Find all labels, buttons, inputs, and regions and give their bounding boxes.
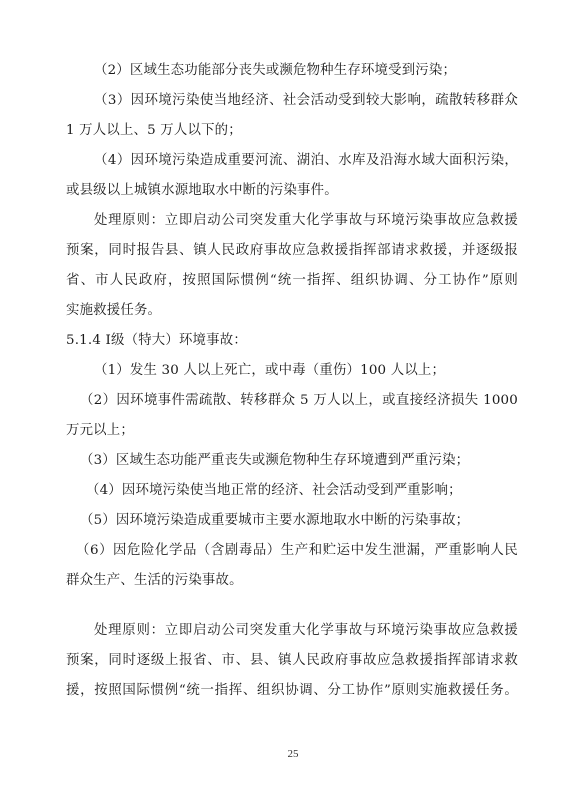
text-line: 实施救援任务。 bbox=[66, 302, 518, 320]
text-line: （3）因环境污染使当地经济、社会活动受到较大影响，疏散转移群众 bbox=[94, 92, 518, 110]
text-line: （4）因环境污染使当地正常的经济、社会活动受到严重影响； bbox=[86, 482, 518, 500]
text-line: （2）因环境事件需疏散、转移群众 5 万人以上，或直接经济损失 1000 bbox=[80, 392, 518, 410]
text-line: 或县级以上城镇水源地取水中断的污染事件。 bbox=[66, 182, 518, 200]
text-line: 1 万人以上、5 万人以下的； bbox=[66, 122, 518, 140]
text-line: （1）发生 30 人以上死亡，或中毒（重伤）100 人以上； bbox=[94, 362, 518, 380]
text-line: （6）因危险化学品（含剧毒品）生产和贮运中发生泄漏，严重影响人民 bbox=[76, 542, 518, 560]
page-number: 25 bbox=[0, 748, 586, 760]
text-line: 万元以上； bbox=[66, 422, 518, 440]
text-line: 省、市人民政府，按照国际惯例“统一指挥、组织协调、分工协作”原则 bbox=[66, 272, 518, 290]
text-line: 援，按照国际惯例“统一指挥、组织协调、分工协作”原则实施救援任务。 bbox=[66, 682, 518, 700]
text-line: （4）因环境污染造成重要河流、湖泊、水库及沿海水域大面积污染， bbox=[94, 152, 518, 170]
text-line: 预案，同时逐级上报省、市、县、镇人民政府事故应急救援指挥部请求救 bbox=[66, 652, 518, 670]
text-line: （2）区域生态功能部分丧失或濒危物种生存环境受到污染； bbox=[94, 62, 518, 80]
text-line: 5.1.4 Ⅰ级（特大）环境事故： bbox=[66, 332, 518, 350]
text-line: 处理原则：立即启动公司突发重大化学事故与环境污染事故应急救援 bbox=[94, 212, 518, 230]
text-line: （5）因环境污染造成重要城市主要水源地取水中断的污染事故； bbox=[80, 512, 518, 530]
text-line: 群众生产、生活的污染事故。 bbox=[66, 572, 518, 590]
text-line: 处理原则：立即启动公司突发重大化学事故与环境污染事故应急救援 bbox=[94, 622, 518, 640]
text-line: 预案，同时报告县、镇人民政府事故应急救援指挥部请求救援，并逐级报 bbox=[66, 242, 518, 260]
document-page: （2）区域生态功能部分丧失或濒危物种生存环境受到污染；（3）因环境污染使当地经济… bbox=[0, 0, 586, 797]
text-line: （3）区域生态功能严重丧失或濒危物种生存环境遭到严重污染； bbox=[80, 452, 518, 470]
